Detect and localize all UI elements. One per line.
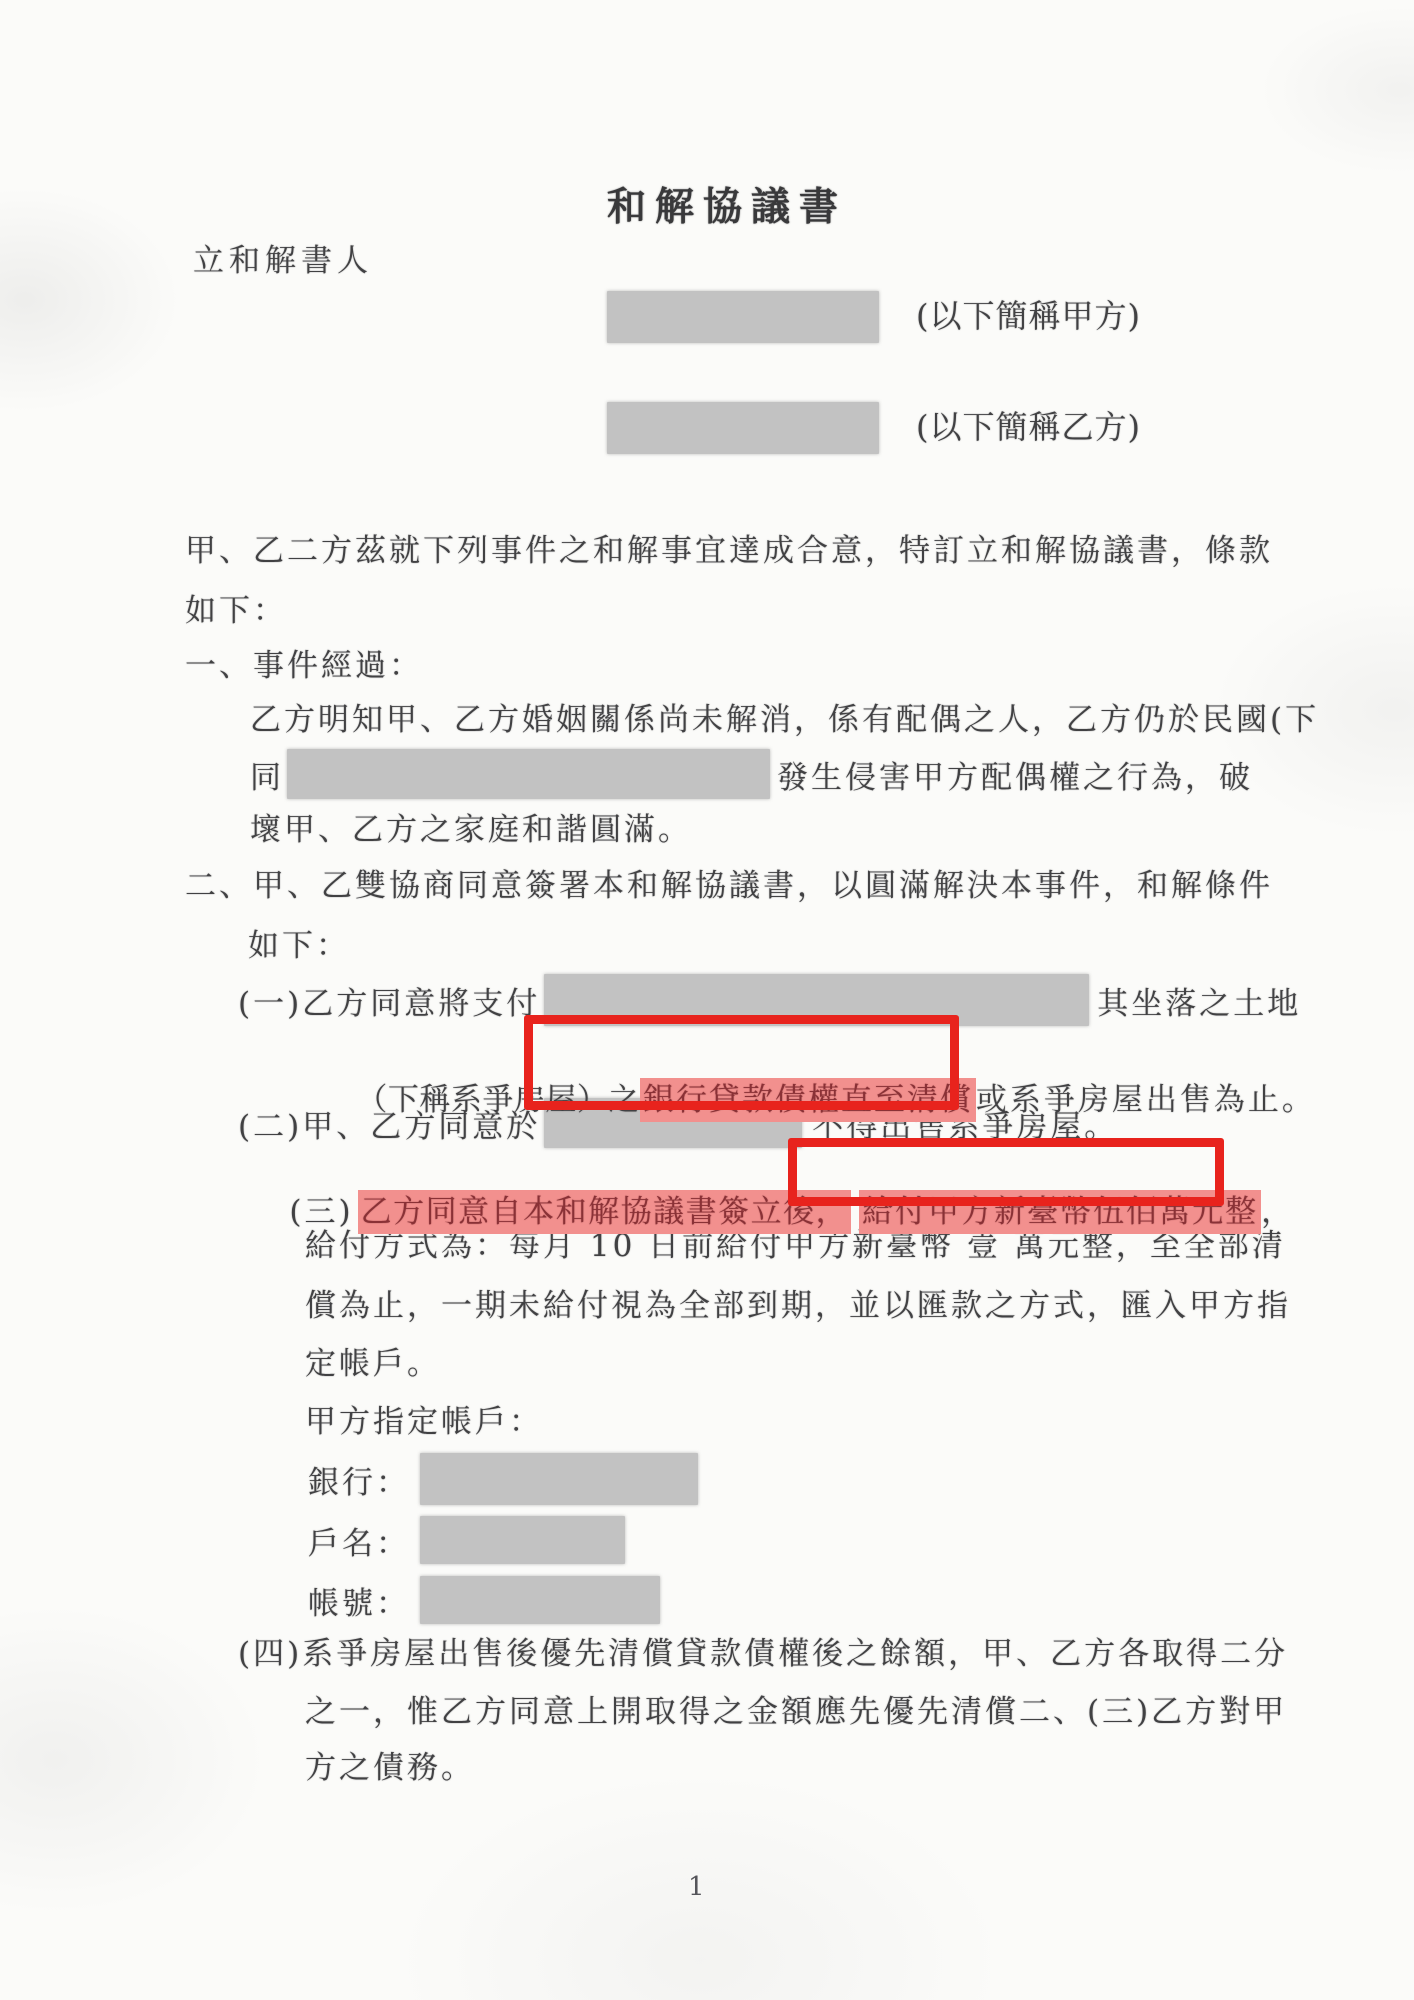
page-number: 1: [688, 1872, 705, 1902]
annotation-rect-payment: [788, 1138, 1224, 1206]
account-name-label: 戶名：: [308, 1518, 410, 1563]
signatories-label: 立和解書人: [193, 241, 373, 281]
text-run: 或系爭房屋出售為止。: [976, 1082, 1316, 1118]
preamble-line-2: 如下：: [185, 591, 287, 631]
clause4-line-1: (四)系爭房屋出售後優先清償貸款債權後之餘額，甲、乙方各取得二分: [238, 1634, 1288, 1674]
text-run: ，: [1261, 1194, 1295, 1230]
redaction-box-bank: [420, 1453, 698, 1505]
account-number-label: 帳號：: [308, 1578, 410, 1623]
text-run: 同: [250, 752, 284, 797]
party-b-alias: (以下簡稱乙方): [916, 407, 1141, 449]
redaction-box-account-name: [420, 1516, 625, 1564]
document-page: 和解協議書 立和解書人 (以下簡稱甲方) (以下簡稱乙方) 甲、乙二方茲就下列事…: [0, 0, 1414, 2000]
preamble-line-1: 甲、乙二方茲就下列事件之和解事宜達成合意，特訂立和解協議書，條款: [185, 531, 1273, 571]
annotation-rect-bank-loan: [524, 1015, 959, 1110]
highlighted-text-settlement: 乙方同意自本和解協議書簽立後，: [358, 1190, 852, 1234]
text-run: (一)乙方同意將支付: [238, 978, 540, 1023]
redaction-box-party-b-name: [607, 402, 879, 454]
bank-label: 銀行：: [308, 1457, 410, 1502]
section2-heading-line-1: 二、甲、乙雙協商同意簽署本和解協議書，以圓滿解決本事件，和解條件: [185, 866, 1273, 906]
clause3-marker: (三): [289, 1194, 353, 1230]
account-number-row: 帳號：: [308, 1574, 660, 1626]
redaction-box-account-number: [420, 1576, 660, 1624]
text-run: 發生侵害甲方配偶權之行為，破: [777, 752, 1253, 797]
section1-line-2: 同 發生侵害甲方配偶權之行為，破: [250, 746, 1253, 802]
text-run: 其坐落之土地: [1097, 978, 1301, 1023]
redaction-box-incident-date: [287, 749, 770, 799]
section2-heading-line-2: 如下：: [248, 926, 350, 966]
redaction-box-party-a-name: [607, 291, 879, 343]
document-title: 和解協議書: [0, 176, 1414, 232]
clause3-line-3: 償為止，一期未給付視為全部到期，並以匯款之方式，匯入甲方指: [305, 1286, 1291, 1326]
section1-line-1: 乙方明知甲、乙方婚姻關係尚未解消，係有配偶之人，乙方仍於民國(下: [250, 700, 1319, 740]
section1-line-3: 壞甲、乙方之家庭和諧圓滿。: [250, 810, 692, 850]
clause3-line-4: 定帳戶。: [305, 1344, 441, 1384]
bank-row: 銀行：: [308, 1452, 698, 1506]
section1-heading: 一、事件經過：: [185, 646, 423, 686]
clause4-line-2: 之一，惟乙方同意上開取得之金額應先優先清償二、(三)乙方對甲: [305, 1692, 1287, 1732]
account-heading: 甲方指定帳戶：: [305, 1402, 543, 1442]
clause4-line-3: 方之債務。: [305, 1748, 475, 1788]
account-name-row: 戶名：: [308, 1514, 625, 1566]
party-a-alias: (以下簡稱甲方): [916, 296, 1141, 338]
